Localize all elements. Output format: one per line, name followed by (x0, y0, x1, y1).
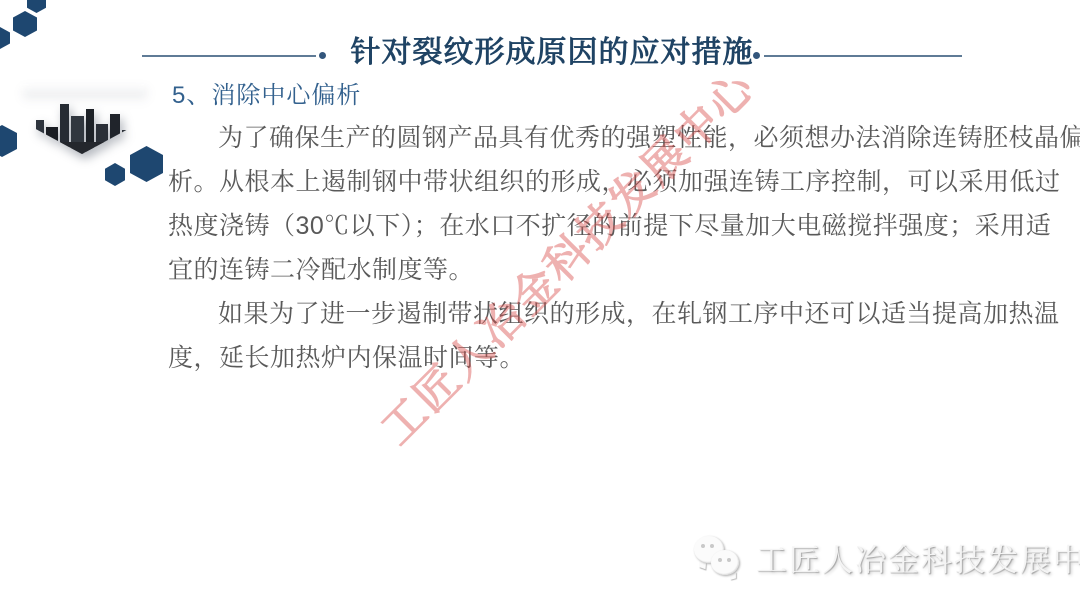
building (110, 114, 120, 154)
title-dot-left (319, 52, 326, 59)
wechat-bubble-eye (701, 544, 705, 548)
building (36, 120, 44, 154)
small-hexagon (0, 125, 17, 157)
footer-logo: 工匠人冶金科技发展中心 (694, 534, 1080, 580)
building (96, 124, 108, 154)
city-skyline-base (20, 142, 144, 154)
wechat-bubble-eye (727, 558, 731, 562)
title-rule-right (764, 55, 962, 57)
wechat-bubble-small (711, 550, 739, 575)
body-line: 度，延长加热炉内保温时间等。 (168, 336, 1018, 380)
slide-title: 针对裂纹形成原因的应对措施 (344, 35, 760, 71)
small-hexagon (105, 163, 125, 186)
small-hexagon (27, 0, 46, 13)
building (60, 104, 69, 154)
building (46, 127, 58, 154)
wechat-icon (694, 534, 746, 580)
building (24, 132, 34, 154)
building (122, 130, 133, 154)
small-hexagon (130, 146, 163, 182)
title-rule-left (142, 55, 316, 57)
city-photo-hexagon (20, 20, 144, 154)
presentation-slide: 针对裂纹形成原因的应对措施 5、消除中心偏析 为了确保生产的圆钢产品具有优秀的强… (0, 0, 1080, 608)
photo-horizon-haze (20, 84, 144, 97)
footer-logo-text: 工匠人冶金科技发展中心 (756, 535, 1080, 580)
body-line: 如果为了进一步遏制带状组织的形成，在轧钢工序中还可以适当提高加热温 (168, 292, 1018, 336)
body-line: 热度浇铸（30℃以下）；在水口不扩径的前提下尽量加大电磁搅拌强度；采用适 (168, 204, 1018, 248)
small-hexagon (0, 27, 10, 49)
small-hexagon (13, 11, 37, 37)
body-line: 为了确保生产的圆钢产品具有优秀的强塑性能，必须想办法消除连铸胚枝晶偏 (168, 116, 1018, 160)
wechat-bubble-eye (710, 544, 714, 548)
body-text: 为了确保生产的圆钢产品具有优秀的强塑性能，必须想办法消除连铸胚枝晶偏 析。从根本… (168, 116, 1018, 380)
wechat-bubble-eye (718, 558, 722, 562)
title-dot-right (753, 52, 760, 59)
body-line: 析。从根本上遏制钢中带状组织的形成，必须加强连铸工序控制，可以采用低过 (168, 160, 1018, 204)
section-heading: 5、消除中心偏析 (172, 80, 361, 112)
body-line: 宜的连铸二冷配水制度等。 (168, 248, 1018, 292)
